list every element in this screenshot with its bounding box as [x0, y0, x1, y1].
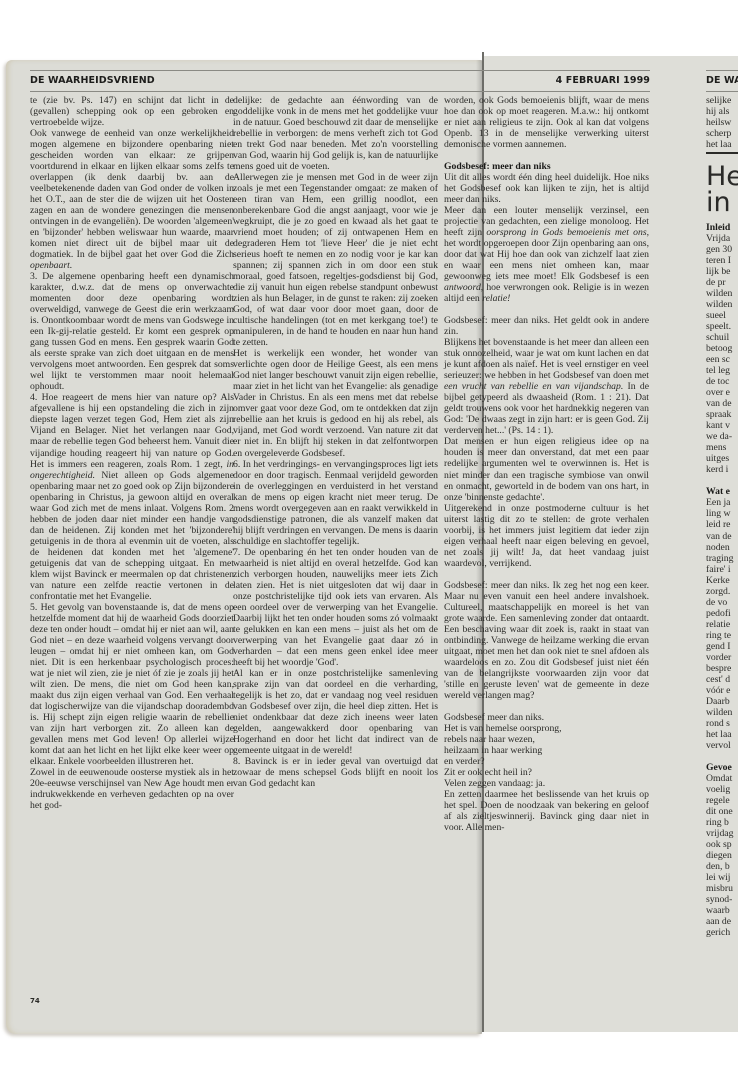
facing-text-line: vorder	[706, 652, 738, 663]
facing-text-line: Omdat	[706, 773, 738, 784]
poem-line: Velen zeggen vandaag: ja.	[444, 778, 545, 789]
poem-line: en verder?	[444, 756, 485, 767]
facing-page-column: selijkehij alsheilswscherphet laaHein :I…	[706, 95, 738, 938]
text-run: Ook vanwege de eenheid van onze werkelij…	[30, 128, 234, 260]
facing-text-line: de toc	[706, 376, 738, 387]
text-run: 4. Hoe reageert de mens hier van nature …	[30, 392, 234, 469]
text-run: worden, ook Gods bemoeienis blijft, waar…	[444, 95, 649, 150]
facing-text-line: Vrijda	[706, 233, 738, 244]
text-run: 5. Het gevolg van bovenstaande is, dat d…	[30, 602, 234, 767]
facing-text-line: lei wij	[706, 872, 738, 883]
paragraph: Het is werkelijk een wonder, het wonder …	[233, 348, 438, 458]
text-run: 6. In het verdringings- en vervangingspr…	[233, 459, 438, 547]
paragraph-gap	[706, 475, 738, 486]
facing-section-heading: Gevoe	[706, 762, 738, 773]
paragraph: Allerwegen zie je mensen met God in de w…	[233, 172, 438, 348]
text-run: Blijkens het bovenstaande is het meer da…	[444, 337, 649, 381]
text-run: te (zie bv. Ps. 147) en schijnt dat lich…	[30, 95, 234, 128]
text-run: het wordt opgeroepen door Zijn openbarin…	[444, 238, 649, 282]
facing-text-line: spraak	[706, 409, 738, 420]
facing-text-line: ook sp	[706, 839, 738, 850]
facing-text-line: wilden	[706, 288, 738, 299]
facing-text-line: we da-	[706, 431, 738, 442]
facing-text-line: relatie	[706, 619, 738, 630]
facing-article-title: Hein :	[706, 164, 738, 216]
paragraph: Meer dan een louter menselijk verzinsel,…	[444, 205, 649, 304]
facing-text-line: selijke	[706, 95, 738, 106]
paragraph: Zowel in de eeuwenoude oosterse mystiek …	[30, 767, 234, 811]
facing-text-line: uitges	[706, 453, 738, 464]
facing-text-line: over e	[706, 387, 738, 398]
facing-text-line: heilsw	[706, 117, 738, 128]
facing-text-line: Een ja	[706, 497, 738, 508]
facing-section-heading: Inleid	[706, 222, 738, 233]
facing-text-line: gen 30	[706, 244, 738, 255]
facing-text-line: ring te	[706, 630, 738, 641]
paragraph: 8. Bavinck is er in ieder geval van over…	[233, 756, 438, 789]
paragraph: En zetten daarmee het beslissende van he…	[444, 789, 649, 833]
article-column-3: worden, ook Gods bemoeienis blijft, waar…	[444, 95, 649, 833]
paragraph: 7. De openbaring én het ten onder houden…	[233, 547, 438, 668]
facing-text-line: sueel	[706, 310, 738, 321]
text-run: Godsbesef: meer dan niks. Ik zeg het nog…	[444, 580, 649, 701]
paragraph: Godsbesef: meer dan niks. Ik zeg het nog…	[444, 580, 649, 701]
paragraph: 6. In het verdringings- en vervangingspr…	[233, 459, 438, 547]
facing-page-running-header: DE WAARHEIDSVRIEND	[706, 70, 738, 92]
facing-text-line: dit one	[706, 806, 738, 817]
facing-text-line: van de	[706, 398, 738, 409]
facing-text-line: het laa	[706, 139, 738, 150]
paragraph: Al kan er in onze postchristelijke samen…	[233, 668, 438, 756]
facing-text-line: een sc	[706, 354, 738, 365]
facing-text-line: van de	[706, 531, 738, 542]
issue-date: 4 FEBRUARI 1999	[556, 75, 650, 86]
facing-text-line: hij als	[706, 106, 738, 117]
text-run: delijke: de gedachte aan éénwording van …	[233, 95, 438, 172]
facing-text-line: regele	[706, 795, 738, 806]
text-run: Uitgerekend in onze postmoderne cultuur …	[444, 503, 649, 569]
poem-line: Zit er ook echt heil in?	[444, 767, 532, 778]
paragraph: delijke: de gedachte aan éénwording van …	[233, 95, 438, 172]
poem-line: Het is van hemelse oorsprong,	[444, 723, 562, 734]
facing-text-line: kant v	[706, 420, 738, 431]
paragraph-gap	[444, 150, 649, 161]
facing-text-line: den, b	[706, 861, 738, 872]
poem-stanza: Godsbesef meer dan niks.Het is van hemel…	[444, 712, 649, 789]
facing-text-line: wilden	[706, 299, 738, 310]
text-run: Dat mensen er hun eigen religieus idee o…	[444, 436, 649, 502]
facing-text-line: voelig	[706, 784, 738, 795]
running-header: DE WAARHEIDSVRIEND 4 FEBRUARI 1999	[30, 70, 650, 92]
facing-text-line: gend I	[706, 641, 738, 652]
paragraph-gap	[444, 304, 649, 315]
facing-text-line: Kerke	[706, 575, 738, 586]
text-run: Niet alleen op Gods algemene openbaring …	[30, 470, 234, 602]
text-run: 8. Bavinck is er in ieder geval van over…	[233, 756, 438, 789]
facing-text-line: traging	[706, 553, 738, 564]
italic-text: openbaart.	[30, 260, 72, 271]
italic-text: oorsprong in Gods bemoeienis met ons,	[486, 227, 649, 238]
text-run: 7. De openbaring én het ten onder houden…	[233, 547, 438, 668]
facing-text-line: tel leg	[706, 365, 738, 376]
facing-text-line: kerd i	[706, 464, 738, 475]
poem-line: rebels naar haar wezen,	[444, 734, 535, 745]
facing-text-line: cest' d	[706, 674, 738, 685]
title-line: in :	[706, 190, 738, 216]
facing-text-line: het laa	[706, 729, 738, 740]
paragraph: te (zie bv. Ps. 147) en schijnt dat lich…	[30, 95, 234, 128]
facing-text-line: de pr	[706, 277, 738, 288]
text-run: Zowel in de eeuwenoude oosterse mystiek …	[30, 767, 234, 811]
italic-text: een vrucht van rebellie en van vijandsch…	[444, 381, 623, 392]
paragraph: 4. Hoe reageert de mens hier van nature …	[30, 392, 234, 601]
facing-text-line: noden	[706, 542, 738, 553]
facing-text-line: speelt.	[706, 321, 738, 332]
facing-text-line: de vo	[706, 597, 738, 608]
italic-text: relatie!	[482, 293, 510, 304]
paragraph-gap	[444, 569, 649, 580]
facing-section-heading: Wat e	[706, 486, 738, 497]
facing-text-line: bespre	[706, 663, 738, 674]
facing-text-line: wilden	[706, 707, 738, 718]
facing-text-line: leid re	[706, 519, 738, 530]
facing-text-line: vrijdag	[706, 828, 738, 839]
text-run: Allerwegen zie je mensen met God in de w…	[233, 172, 438, 348]
facing-text-line: betoog	[706, 343, 738, 354]
article-divider-rule	[706, 152, 738, 154]
facing-text-line: rond s	[706, 718, 738, 729]
poem-line: heilzaam in haar werking	[444, 745, 542, 756]
facing-text-line: zorgd.	[706, 586, 738, 597]
paragraph: Blijkens het bovenstaande is het meer da…	[444, 337, 649, 436]
text-run: Godsbesef: meer dan niks. Het geldt ook …	[444, 315, 649, 337]
article-column-1: te (zie bv. Ps. 147) en schijnt dat lich…	[30, 95, 234, 811]
article-column-2: delijke: de gedachte aan éénwording van …	[233, 95, 438, 789]
facing-text-line: schuil	[706, 332, 738, 343]
italic-text: antwoord,	[444, 282, 483, 293]
facing-text-line: faire' i	[706, 564, 738, 575]
facing-text-line: mens	[706, 442, 738, 453]
paragraph: 3. De algemene openbaring heeft een dyna…	[30, 271, 234, 392]
facing-text-line: synod-	[706, 894, 738, 905]
facing-text-line: diegen	[706, 850, 738, 861]
facing-publication-name: DE WAARHEIDSVRIEND	[706, 75, 738, 86]
paragraph: Uit dit alles wordt één ding heel duidel…	[444, 172, 649, 205]
text-run: En zetten daarmee het beslissende van he…	[444, 789, 649, 833]
paragraph-gap	[444, 701, 649, 712]
facing-text-line: gerich	[706, 927, 738, 938]
facing-text-line: misbru	[706, 883, 738, 894]
page-number: 74	[30, 997, 40, 1005]
paragraph-gap	[706, 751, 738, 762]
text-run: Uit dit alles wordt één ding heel duidel…	[444, 172, 649, 205]
text-run: Al kan er in onze postchristelijke samen…	[233, 668, 438, 756]
paragraph: Godsbesef: meer dan niks. Het geldt ook …	[444, 315, 649, 337]
facing-text-line: lijk be	[706, 266, 738, 277]
facing-text-line: ling w	[706, 508, 738, 519]
facing-text-line: vervol	[706, 740, 738, 751]
paragraph: 5. Het gevolg van bovenstaande is, dat d…	[30, 602, 234, 767]
facing-text-line: scherp	[706, 128, 738, 139]
paragraph: Dat mensen er hun eigen religieus idee o…	[444, 436, 649, 502]
facing-text-line: pedofi	[706, 608, 738, 619]
text-run: 3. De algemene openbaring heeft een dyna…	[30, 271, 234, 392]
paragraph: Ook vanwege de eenheid van onze werkelij…	[30, 128, 234, 271]
facing-text-line: Daarb	[706, 696, 738, 707]
paragraph: worden, ook Gods bemoeienis blijft, waar…	[444, 95, 649, 150]
facing-text-line: waarb	[706, 905, 738, 916]
poem-line: Godsbesef meer dan niks.	[444, 712, 544, 723]
facing-text-line: teren I	[706, 255, 738, 266]
facing-text-line: ring b	[706, 817, 738, 828]
facing-text-line: vóór e	[706, 685, 738, 696]
facing-text-line: aan de	[706, 916, 738, 927]
section-heading: Godsbesef: meer dan niks	[444, 161, 649, 172]
publication-name: DE WAARHEIDSVRIEND	[30, 75, 155, 86]
paragraph: Uitgerekend in onze postmoderne cultuur …	[444, 503, 649, 569]
text-run: Het is werkelijk een wonder, het wonder …	[233, 348, 438, 458]
